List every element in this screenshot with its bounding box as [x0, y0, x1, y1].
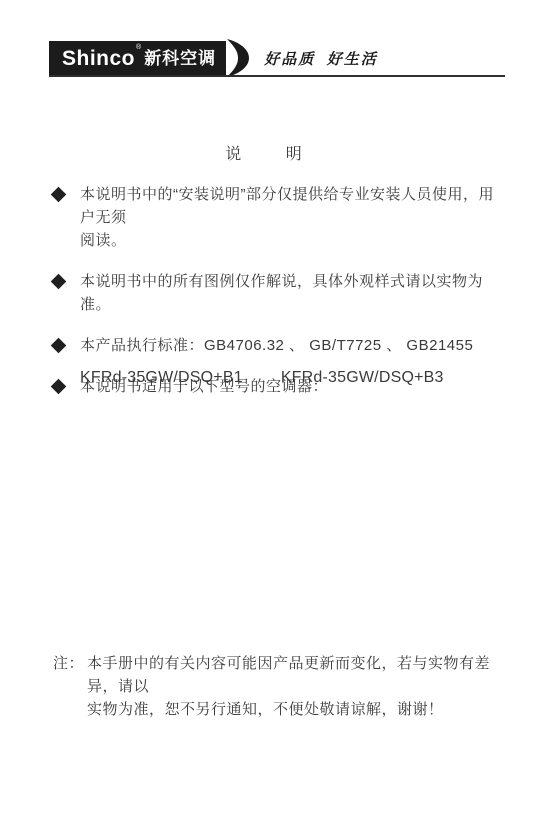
bullet-marker-box [49, 334, 80, 357]
model-list: KFRd-35GW/DSQ+B1KFRd-35GW/DSQ+B3 [80, 369, 444, 387]
registered-mark-icon: ® [136, 44, 141, 51]
bullet-marker-box [49, 270, 80, 316]
crescent-swoosh-icon [225, 39, 251, 77]
bullet-marker-box [49, 183, 80, 252]
brand-logo: Shinco ® 新科空调 [49, 41, 226, 75]
diamond-bullet-icon [51, 274, 67, 290]
diamond-bullet-icon [51, 379, 67, 395]
brand-name-cjk: 新科空调 [144, 50, 216, 67]
brand-name-latin: Shinco [62, 48, 135, 69]
bullet-text: 本产品执行标准：GB4706.32 、 GB/T7725 、 GB21455 [80, 334, 473, 357]
bullet-item-3: 本产品执行标准：GB4706.32 、 GB/T7725 、 GB21455 [49, 334, 505, 357]
bullet-marker-box [49, 375, 80, 398]
footnote: 注： 本手册中的有关内容可能因产品更新而变化，若与实物有差异，请以实物为准，恕不… [53, 652, 509, 721]
brand-tagline: 好品质 好生活 [264, 48, 378, 69]
page-title: 说 明 [49, 141, 479, 164]
header-divider [49, 75, 505, 77]
manual-page: Shinco ® 新科空调 好品质 好生活 说 明 本说明书中的“安装说明”部分… [0, 0, 559, 816]
footnote-label: 注： [53, 652, 87, 721]
bullet-item-1: 本说明书中的“安装说明”部分仅提供给专业安装人员使用，用户无须阅读。 [49, 183, 505, 252]
bullet-item-2: 本说明书中的所有图例仅作解说，具体外观样式请以实物为准。 [49, 270, 505, 316]
header: Shinco ® 新科空调 好品质 好生活 [49, 39, 378, 77]
model-number-2: KFRd-35GW/DSQ+B3 [281, 369, 444, 387]
model-number-1: KFRd-35GW/DSQ+B1 [80, 369, 243, 387]
footnote-text: 本手册中的有关内容可能因产品更新而变化，若与实物有差异，请以实物为准，恕不另行通… [87, 652, 509, 721]
bullet-text: 本说明书中的所有图例仅作解说，具体外观样式请以实物为准。 [80, 270, 505, 316]
diamond-bullet-icon [51, 338, 67, 354]
bullet-text: 本说明书中的“安装说明”部分仅提供给专业安装人员使用，用户无须阅读。 [80, 183, 505, 252]
diamond-bullet-icon [51, 187, 67, 203]
